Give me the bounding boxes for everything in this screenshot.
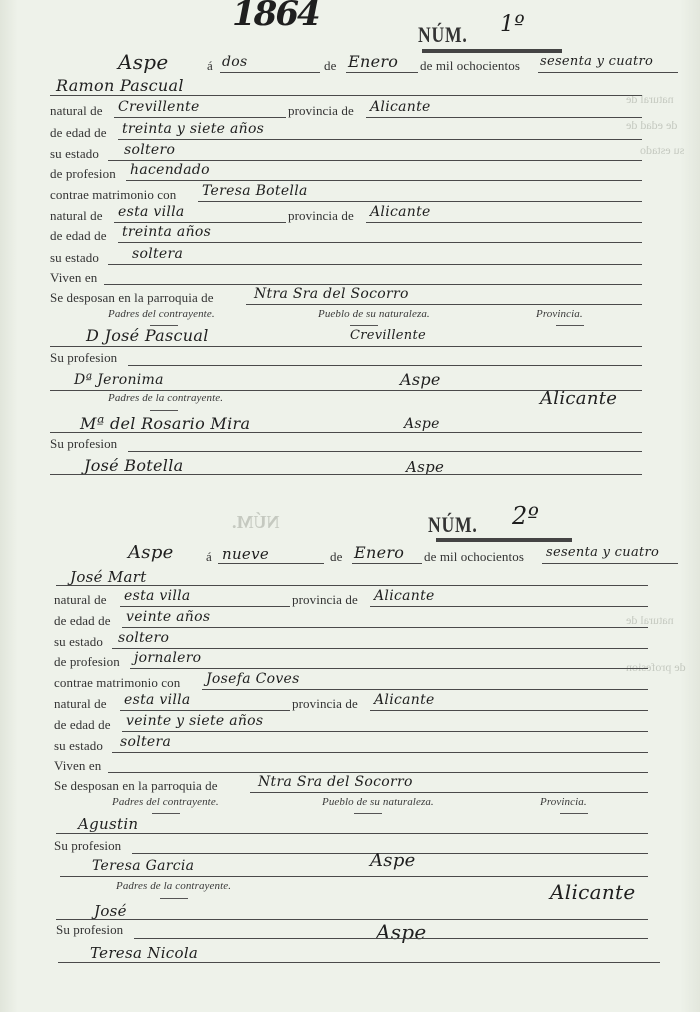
parroquia: Ntra Sra del Socorro [258,774,413,790]
field-line [122,627,648,628]
bride-estado-label: su estado [50,250,99,266]
entry-month: Enero [354,543,404,562]
field-line [198,201,642,202]
field-line [250,792,648,793]
entry-number-value: 2º [512,502,539,530]
field-line [128,451,642,452]
entry-place: Aspe [128,542,174,563]
year-label: de mil ochocientos [420,58,520,74]
header-rule [150,410,178,411]
bride-edad-label: de edad de [50,228,107,244]
field-line [366,117,642,118]
groom-edad-label: de edad de [54,613,111,629]
groom-estado-label: su estado [54,634,103,650]
groom-name-line [50,95,642,96]
groom-profesion: hacendado [130,162,210,178]
contrae-label: contrae matrimonio con [54,675,180,691]
field-line [56,919,648,920]
field-line [128,365,642,366]
groom-father: D José Pascual [86,326,209,345]
field-line [104,284,642,285]
entry-number-label: NÚM. [418,22,468,48]
de-label: de [330,549,342,565]
groom-edad: veinte años [126,609,210,625]
field-line [130,668,648,669]
provincia-bracket: Alicante [550,880,636,904]
bride-edad-label: de edad de [54,717,111,733]
bride-natural: esta villa [118,204,185,220]
bride-father-profesion-label: Su profesion [56,922,123,938]
field-line [56,833,648,834]
groom-profesion-label: de profesion [54,654,120,670]
day-line [218,563,324,564]
groom-mother: Dª Jeronima [74,372,164,388]
entry-place: Aspe [118,50,169,74]
bride-natural: esta villa [124,692,191,708]
field-line [108,160,642,161]
a-label: á [206,549,212,565]
groom-provincia: Alicante [370,99,431,115]
field-line [122,731,648,732]
groom-father: Agustin [78,815,138,833]
year-words: sesenta y cuatro [540,54,653,69]
bride-provincia: Alicante [370,204,431,220]
parroquia-label: Se desposan en la parroquia de [50,290,214,306]
bride-provincia-label: provincia de [292,696,358,712]
groom-mother: Teresa Garcia [92,858,194,874]
provincia-bracket: Alicante [540,388,617,409]
bleed-through-text: su estado [640,143,684,158]
groom-profesion: jornalero [134,650,201,666]
header-rule [160,898,188,899]
bride-name: Josefa Coves [206,671,300,687]
padres-contrayenta-header: Padres de la contrayente. [116,880,231,892]
bride-estado: soltera [120,734,171,750]
groom-edad-label: de edad de [50,125,107,141]
field-line [50,432,642,433]
bride-natural-label: natural de [54,696,107,712]
marriage-register-page: natural de de edad de su estado natural … [0,0,700,1012]
entry-number-label: NÚM. [428,512,478,538]
contrae-label: contrae matrimonio con [50,187,176,203]
entry-day: nueve [222,545,269,563]
groom-provincia: Alicante [374,588,435,604]
bleed-through-text: de edad de [626,118,677,133]
bride-estado-label: su estado [54,738,103,754]
bride-name: Teresa Botella [202,183,308,199]
field-line [108,264,642,265]
bleed-through-text: natural de [626,613,674,628]
viven-label: Viven en [54,758,101,774]
field-line [370,710,648,711]
register-year: 1864 [232,0,319,34]
bride-mother: Teresa Nicola [90,944,198,962]
groom-provincia-label: provincia de [292,592,358,608]
field-line [126,180,642,181]
parroquia: Ntra Sra del Socorro [254,286,409,302]
header-rule [354,813,382,814]
header-rule [560,813,588,814]
field-line [58,962,660,963]
bride-father-profesion-label: Su profesion [50,436,117,452]
groom-mother-pueblo: Aspe [400,370,441,389]
bride-provincia-label: provincia de [288,208,354,224]
bride-edad: veinte y siete años [126,713,263,729]
groom-edad: treinta y siete años [122,121,264,137]
month-line [346,72,418,73]
entry-day: dos [222,54,247,70]
groom-profesion-label: de profesion [50,166,116,182]
field-line [114,117,286,118]
bride-pueblo: Aspe [376,920,427,944]
groom-father-profesion-label: Su profesion [54,838,121,854]
field-line [112,648,648,649]
groom-estado-label: su estado [50,146,99,162]
a-label: á [207,58,213,74]
field-line [246,304,642,305]
groom-name: José Mart [70,568,147,586]
groom-natural-label: natural de [50,103,103,119]
padres-contrayenta-header: Padres de la contrayente. [108,392,223,404]
groom-name-line [56,585,648,586]
bride-edad: treinta años [122,224,211,240]
groom-natural: esta villa [124,588,191,604]
groom-mother-pueblo: Aspe [370,850,416,871]
year-label: de mil ochocientos [424,549,524,565]
field-line [50,346,642,347]
header-rule [350,325,378,326]
groom-natural: Crevillente [118,99,200,115]
year-line [542,563,678,564]
field-line [108,772,648,773]
entry-number-value: 1º [500,12,525,37]
field-line [134,938,648,939]
field-line [202,689,648,690]
groom-provincia-label: provincia de [288,103,354,119]
field-line [60,876,648,877]
field-line [118,139,642,140]
field-line [118,242,642,243]
field-line [114,222,286,223]
year-words: sesenta y cuatro [546,545,659,560]
day-line [220,72,320,73]
padres-contrayente-header: Padres del contrayente. [108,308,215,320]
entry-month: Enero [348,52,398,71]
groom-natural-label: natural de [54,592,107,608]
provincia-header: Provincia. [540,796,587,808]
header-rule [152,813,180,814]
field-line [370,606,648,607]
field-line [120,710,290,711]
header-rule [556,325,584,326]
pueblo-header: Pueblo de su naturaleza. [318,308,430,320]
pueblo-header: Pueblo de su naturaleza. [322,796,434,808]
viven-label: Viven en [50,270,97,286]
year-line [538,72,678,73]
provincia-header: Provincia. [536,308,583,320]
bride-natural-label: natural de [50,208,103,224]
groom-father-pueblo: Crevillente [350,328,426,343]
bride-father: José Botella [84,456,183,475]
bleed-through-text: NÚM. [232,512,280,533]
number-underline [436,538,572,542]
groom-estado: soltero [124,142,175,158]
month-line [352,563,422,564]
parroquia-label: Se desposan en la parroquia de [54,778,218,794]
bride-father: José [94,902,127,920]
groom-name: Ramon Pascual [56,76,184,95]
field-line [50,474,642,475]
groom-estado: soltero [118,630,169,646]
field-line [366,222,642,223]
field-line [120,606,290,607]
padres-contrayente-header: Padres del contrayente. [112,796,219,808]
bride-mother: Mª del Rosario Mira [80,414,250,433]
bride-mother-pueblo: Aspe [404,416,440,432]
field-line [112,752,648,753]
number-underline [422,49,562,53]
bride-provincia: Alicante [374,692,435,708]
groom-father-profesion-label: Su profesion [50,350,117,366]
de-label: de [324,58,336,74]
bride-estado: soltera [132,246,183,262]
